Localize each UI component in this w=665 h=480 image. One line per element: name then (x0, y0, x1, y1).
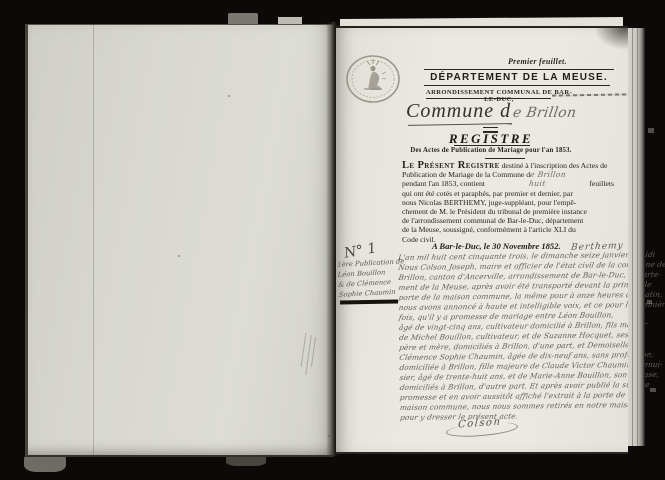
signature-flourish (446, 420, 519, 439)
page-corner-shadow (594, 28, 628, 50)
preamble-text: de l'arrondissement communal de Bar-le-D… (402, 216, 614, 225)
paper-speck (228, 95, 230, 97)
page-edge-fleck (650, 388, 656, 392)
preamble-text: qui ont été cotés et paraphés, par premi… (402, 189, 614, 198)
commune-line: Commune de Brillon (406, 100, 576, 123)
department-title: DÉPARTEMENT DE LA MEUSE. (424, 72, 614, 83)
handwritten-count-insert: huit (528, 179, 546, 188)
left-page (25, 24, 334, 457)
paper-speck (178, 255, 180, 257)
preamble-text: chement de M. le Président du tribunal d… (402, 207, 614, 216)
page-edge-stack (628, 28, 645, 446)
underline-flourish (408, 123, 512, 126)
margin-closing-bar (340, 299, 398, 304)
divider (454, 145, 530, 146)
pencil-mark (305, 335, 312, 375)
divider (424, 69, 614, 70)
official-seal-icon (345, 54, 401, 104)
page-crease (93, 25, 94, 455)
scanned-register-image: Premier feuillet. DÉPARTEMENT DE LA MEUS… (0, 0, 665, 480)
page-edge-fleck (647, 300, 652, 304)
right-page: Premier feuillet. DÉPARTEMENT DE LA MEUS… (336, 26, 628, 454)
preamble-text: feuillets (589, 179, 614, 188)
commune-handwritten-name: e Brillon (512, 105, 578, 121)
preamble-text: pendant l'an 1853, contient (402, 179, 485, 188)
divider (426, 98, 551, 99)
preamble-text: destiné à l'inscription des Actes de (500, 161, 608, 170)
divider (424, 85, 610, 86)
preamble-text: nous Nicolas BERTHEMY, juge-suppléant, p… (402, 198, 614, 207)
handwritten-act: L'an mil huit cent cinquante trois, le d… (398, 250, 650, 423)
handwritten-commune-insert: e Brillon (529, 170, 566, 179)
pencil-mark (301, 333, 307, 367)
pencil-mark (311, 337, 316, 367)
commune-printed-label: Commune d (406, 100, 511, 122)
preamble-text: Publication de Mariage de la Commune d (402, 170, 530, 179)
handwritten-fill-line (552, 93, 630, 96)
preamble-text: de la Meuse, soussigné, conformément à l… (402, 225, 614, 234)
register-preamble: Le Présent Registre destiné à l'inscript… (402, 161, 614, 244)
register-subtitle: Des Actes de Publication de Mariage pour… (366, 147, 616, 154)
divider (485, 158, 525, 159)
page-edge-fleck (648, 128, 654, 133)
sheet-note: Premier feuillet. (508, 57, 628, 66)
dateline-text: A Bar-le-Duc, le 30 Novembre 1852. (432, 241, 561, 251)
